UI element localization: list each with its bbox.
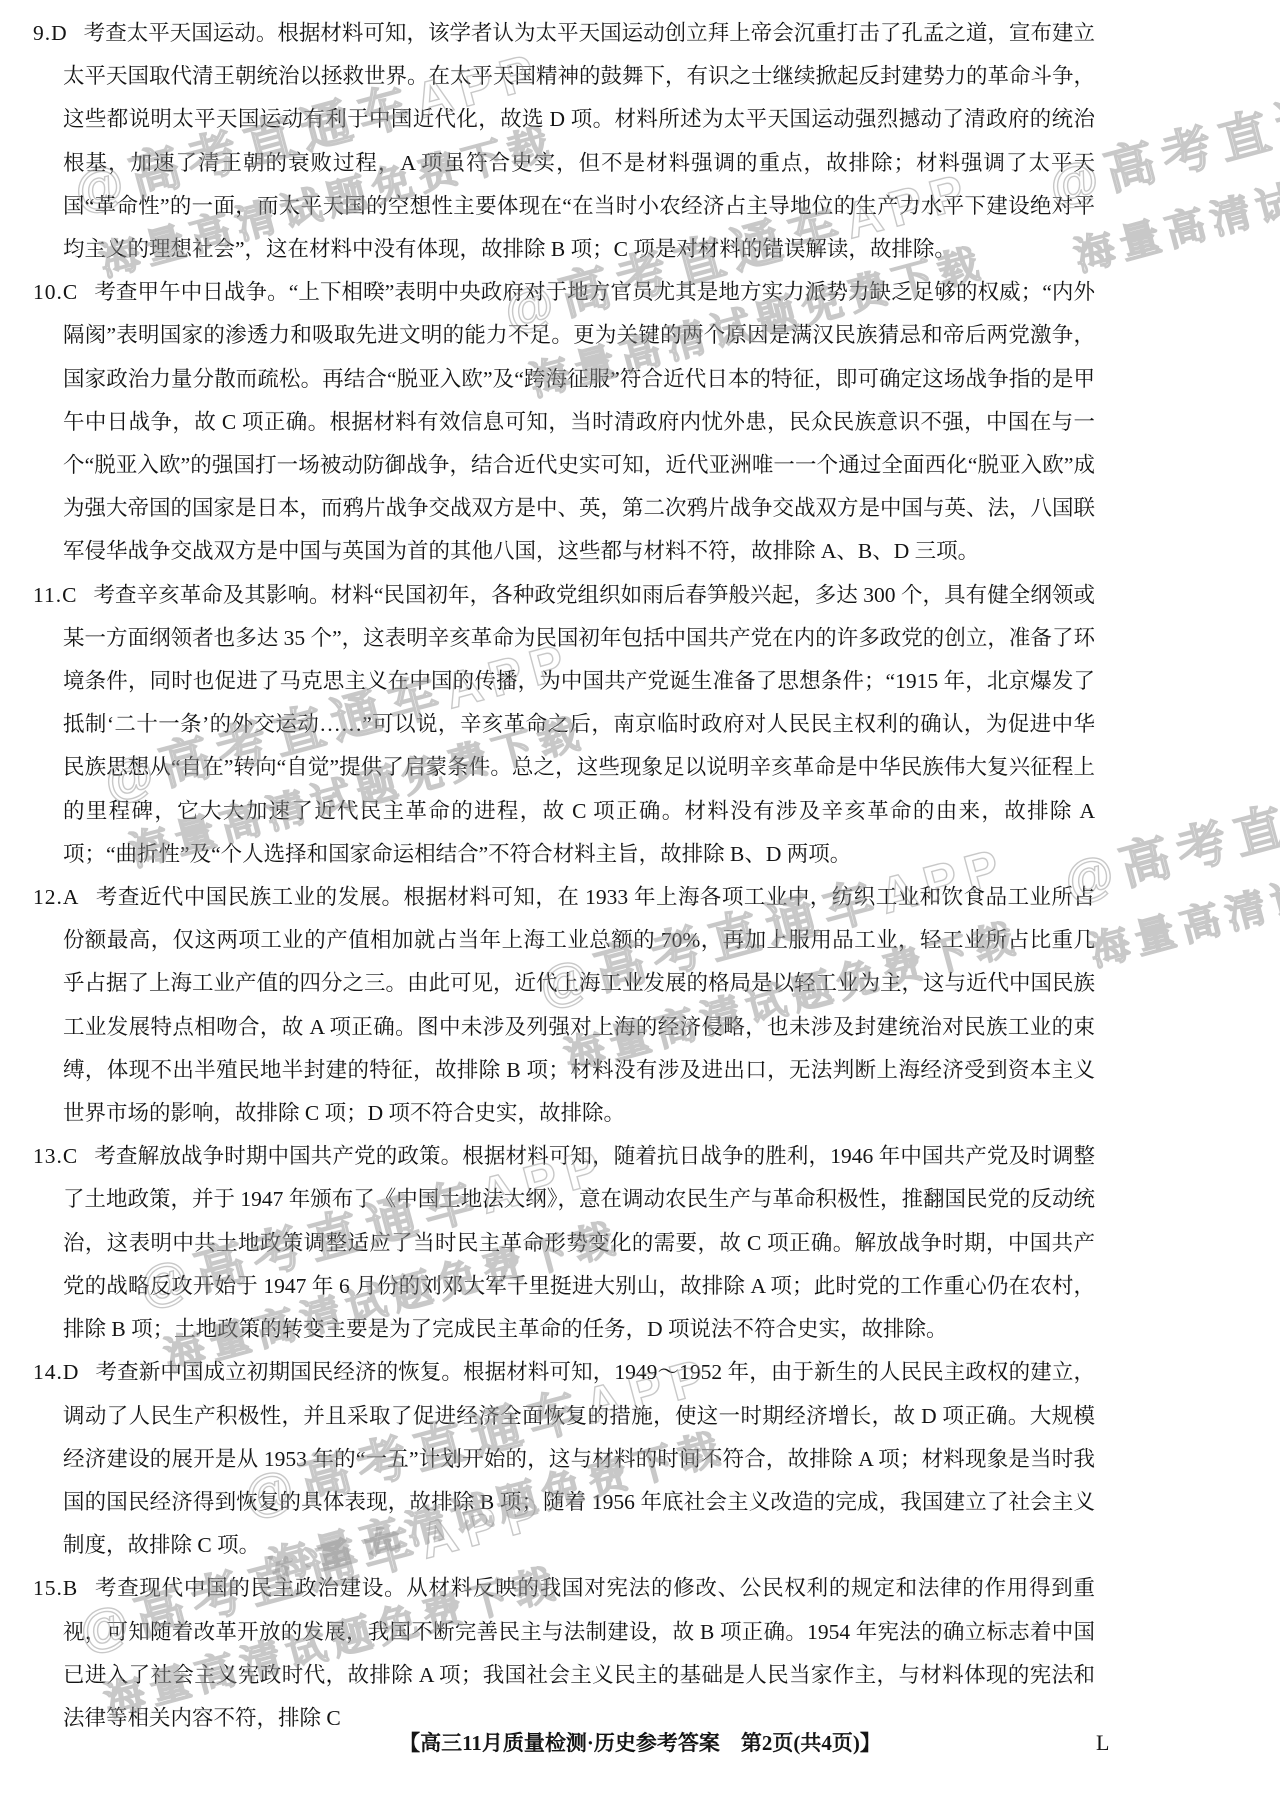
answer-text: 考查现代中国的民主政治建设。从材料反映的我国对宪法的修改、公民权利的规定和法律的… [63,1576,1095,1730]
answer-number: 13.C [33,1144,78,1168]
footer-title: 【高三11月质量检测·历史参考答案 第2页(共4页)】 [399,1731,881,1755]
answer-text: 考查甲午中日战争。“上下相暌”表明中央政府对于地方官员尤其是地方实力派势力缺乏足… [63,280,1095,563]
answer-number: 10.C [33,280,78,304]
answer-text: 考查太平天国运动。根据材料可知，该学者认为太平天国运动创立拜上帝会沉重打击了孔孟… [63,21,1095,261]
answer-item: 14.D考查新中国成立初期国民经济的恢复。根据材料可知，1949～1952 年，… [33,1351,1095,1567]
answer-number: 12.A [33,885,79,909]
answer-number: 15.B [33,1576,78,1600]
answer-number: 14.D [33,1360,79,1384]
answer-item: 12.A考查近代中国民族工业的发展。根据材料可知，在 1933 年上海各项工业中… [33,876,1095,1135]
answer-item: 15.B考查现代中国的民主政治建设。从材料反映的我国对宪法的修改、公民权利的规定… [33,1567,1095,1740]
answer-item: 13.C考查解放战争时期中国共产党的政策。根据材料可知，随着抗日战争的胜利，19… [33,1135,1095,1351]
answers-list: 9.D考查太平天国运动。根据材料可知，该学者认为太平天国运动创立拜上帝会沉重打击… [33,12,1095,1740]
watermark-line2: 海量高清试题免费下载 [1076,799,1280,979]
answer-text: 考查新中国成立初期国民经济的恢复。根据材料可知，1949～1952 年，由于新生… [63,1360,1095,1557]
answer-number: 9.D [33,21,68,45]
page-corner-letter: L [1096,1726,1109,1760]
answer-text: 考查解放战争时期中国共产党的政策。根据材料可知，随着抗日战争的胜利，1946 年… [63,1144,1095,1341]
answer-text: 考查辛亥革命及其影响。材料“民国初年，各种政党组织如雨后春笋般兴起，多达 300… [63,583,1095,866]
answer-sheet-page: @高考直通车APP海量高清试题免费下载@高考直通车APP海量高清试题免费下载@高… [0,0,1280,1795]
page-footer: 【高三11月质量检测·历史参考答案 第2页(共4页)】 [0,1726,1280,1760]
answer-item: 9.D考查太平天国运动。根据材料可知，该学者认为太平天国运动创立拜上帝会沉重打击… [33,12,1095,271]
answer-text: 考查近代中国民族工业的发展。根据材料可知，在 1933 年上海各项工业中，纺织工… [63,885,1095,1125]
answer-number: 11.C [33,583,77,607]
answer-item: 11.C考查辛亥革命及其影响。材料“民国初年，各种政党组织如雨后春笋般兴起，多达… [33,574,1095,876]
answer-item: 10.C考查甲午中日战争。“上下相暌”表明中央政府对于地方官员尤其是地方实力派势… [33,271,1095,573]
